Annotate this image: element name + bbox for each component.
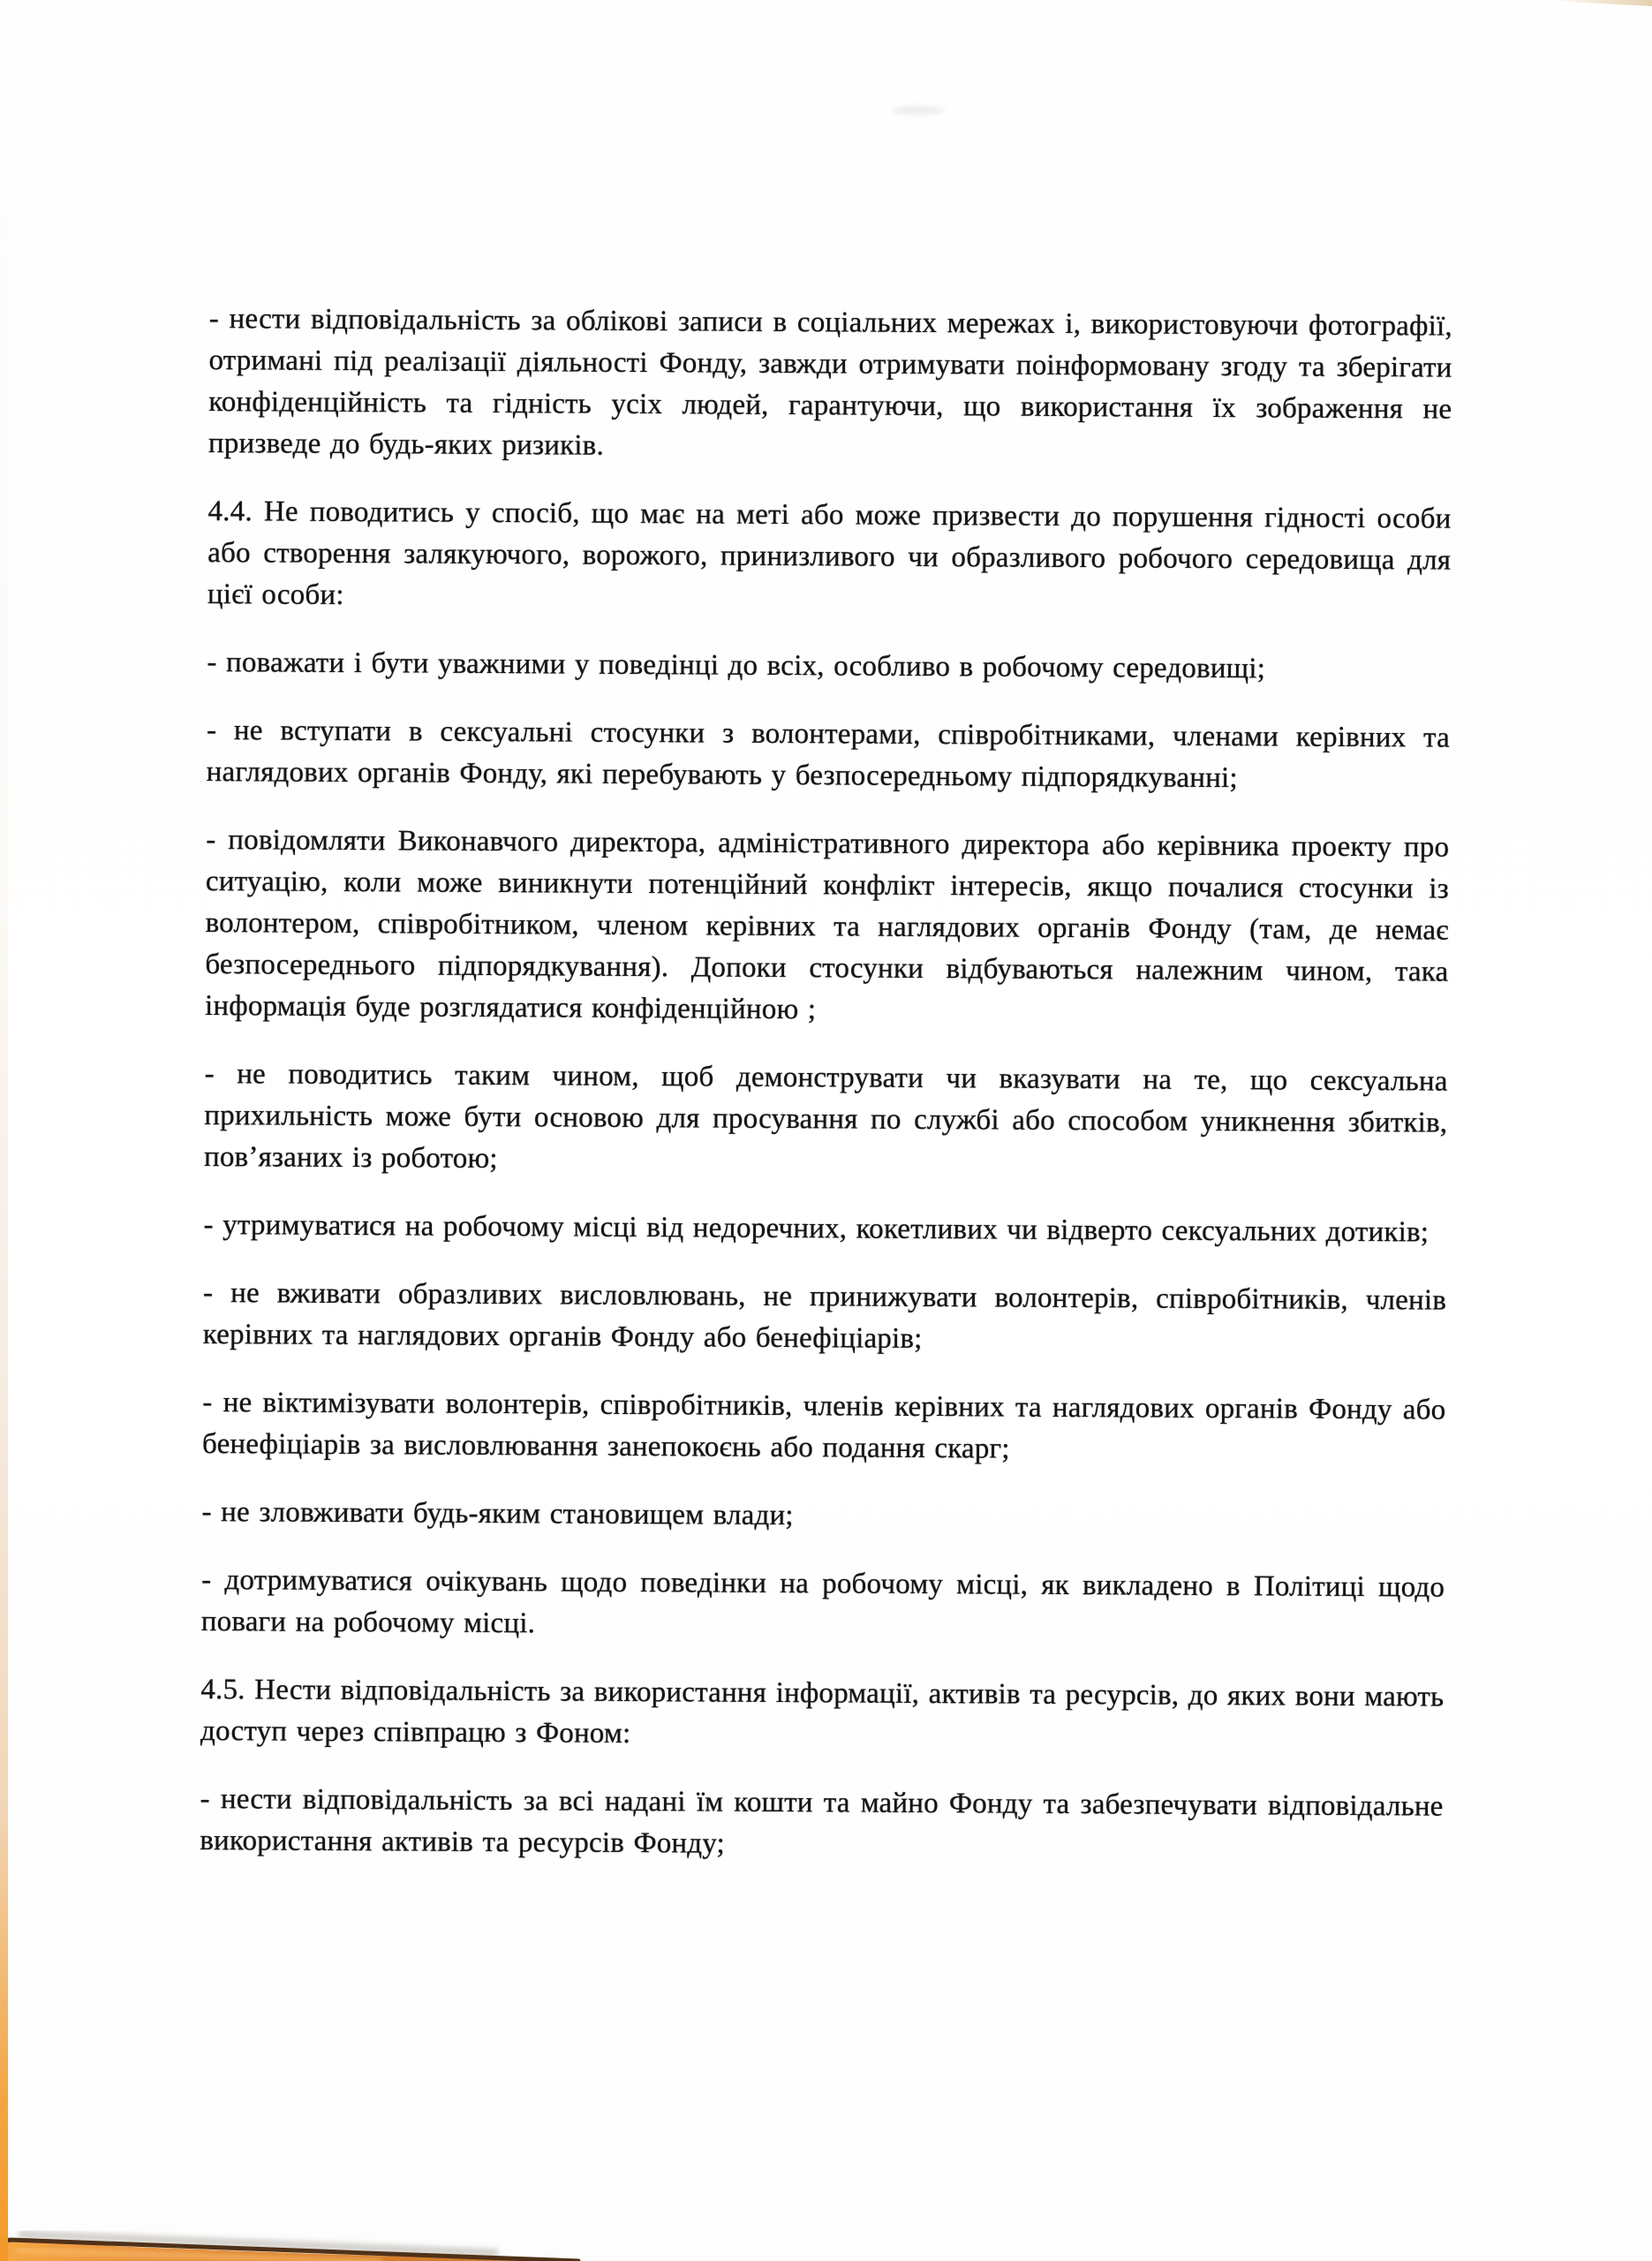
- scanned-document-screenshot: { "document": { "language": "uk", "parag…: [0, 0, 1652, 2261]
- section-4-4-paragraph: 4.4. Не поводитись у спосіб, що має на м…: [207, 491, 1452, 624]
- bullet-paragraph: - повідомляти Виконавчого директора, адм…: [205, 820, 1449, 1035]
- desk-surface: [0, 2084, 1652, 2261]
- bullet-paragraph: - нести відповідальність за облікові зап…: [208, 299, 1452, 473]
- bullet-paragraph: - поважати і бути уважними у поведінці д…: [207, 642, 1450, 692]
- bullet-paragraph: - не зловживати будь-яким становищем вла…: [201, 1492, 1445, 1541]
- page-background: - нести відповідальність за облікові зап…: [0, 0, 1652, 2261]
- bullet-paragraph: - не вступати в сексуальні стосунки з во…: [207, 710, 1451, 801]
- page-left-edge: [0, 0, 8, 2261]
- bullet-paragraph: - не вживати образливих висловлювань, не…: [203, 1273, 1447, 1364]
- bullet-paragraph: - не віктимізувати волонтерів, співробіт…: [202, 1382, 1446, 1473]
- bullet-paragraph: - дотримуватися очікувань щодо поведінки…: [201, 1560, 1445, 1651]
- bullet-paragraph: - утримуватися на робочому місці від нед…: [203, 1205, 1446, 1254]
- section-4-5-paragraph: 4.5. Нести відповідальність за використа…: [200, 1669, 1445, 1760]
- desk-corner-sliver: [1546, 0, 1652, 6]
- document-text-block: - нести відповідальність за облікові зап…: [200, 299, 1452, 1896]
- bullet-paragraph: - нести відповідальність за всі надані ї…: [200, 1779, 1444, 1870]
- scan-smudge: [892, 106, 945, 115]
- bullet-paragraph: - не поводитись таким чином, щоб демонст…: [204, 1054, 1448, 1186]
